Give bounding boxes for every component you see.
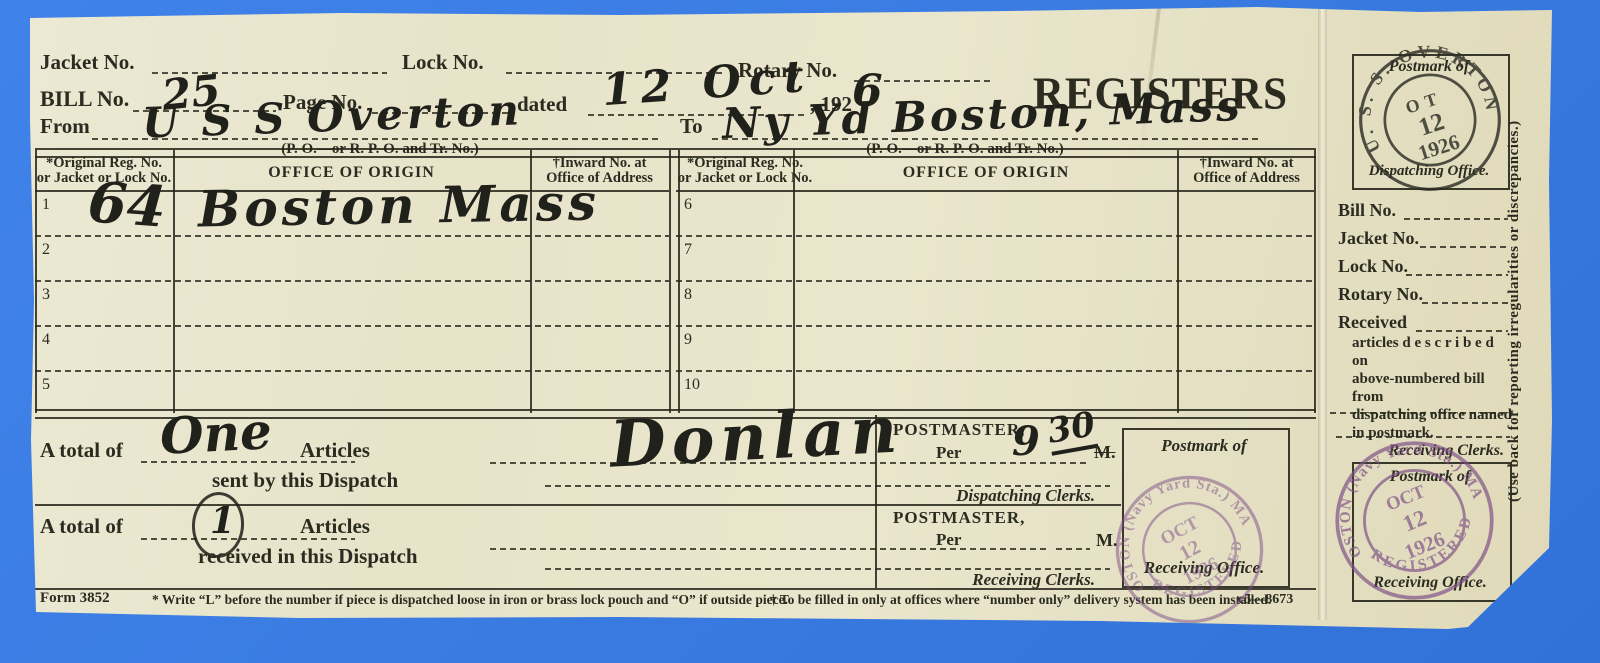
dated-label: dated	[517, 92, 567, 117]
stub-bill-no-label: Bill No.	[1338, 200, 1396, 221]
reg-header-line1: *Original Reg. No.	[687, 155, 803, 171]
stub-jacket-no-line	[1420, 246, 1508, 248]
row1-reg-value: 64	[86, 169, 168, 240]
right-col-inward-header: †Inward No. atOffice of Address	[1179, 156, 1314, 186]
table-row: 10	[684, 376, 700, 394]
per-dispatch-label: Per	[936, 443, 961, 463]
stub-bill-no-line	[1404, 218, 1508, 220]
total-sent-line2: sent by this Dispatch	[212, 468, 398, 493]
registers-form-document: Jacket No. Lock No. Rotary No. BILL No. …	[0, 0, 1600, 663]
table-row: 7	[684, 241, 692, 259]
reg-header-line2: or Jacket or Lock No.	[678, 170, 812, 186]
table-row: 5	[42, 376, 50, 394]
total-received-line2: received in this Dispatch	[198, 544, 418, 569]
stub-vertical-note: (Use back for reporting irregularities o…	[1506, 62, 1523, 502]
stub-lock-no-label: Lock No.	[1338, 256, 1408, 277]
bill-no-label: BILL No.	[40, 86, 129, 112]
table-row: 2	[42, 241, 50, 259]
dispatching-clerks-label: Dispatching Clerks.	[905, 486, 1095, 506]
stub-jacket-no-label: Jacket No.	[1338, 228, 1419, 249]
form-number: Form 3852	[40, 590, 110, 607]
stub-rotary-no-label: Rotary No.	[1338, 284, 1423, 305]
from-label: From	[40, 114, 90, 139]
row-separator	[676, 280, 1314, 282]
right-col-origin-header: OFFICE OF ORIGIN	[795, 164, 1177, 182]
row-separator	[676, 370, 1314, 372]
total-sent-label: A total of	[40, 438, 123, 463]
dispatch-signature: Donlan	[608, 392, 905, 482]
reg-header-line1: *Original Reg. No.	[46, 155, 162, 171]
row-separator	[676, 235, 1314, 237]
stub-received-line	[1416, 330, 1508, 332]
right-header-rule	[676, 190, 1314, 192]
table-row: 8	[684, 286, 692, 304]
stub-lock-no-line	[1406, 274, 1508, 276]
total-sent-articles: Articles	[300, 438, 370, 463]
jacket-no-label: Jacket No.	[40, 50, 134, 75]
per-receive-line-2	[1056, 548, 1090, 550]
photo-background: Jacket No. Lock No. Rotary No. BILL No. …	[0, 0, 1600, 663]
row-separator	[35, 325, 669, 327]
receiving-clerks-label-main: Receiving Clerks.	[905, 570, 1095, 590]
dispatch-time-min: 30	[1045, 404, 1099, 456]
svg-text:U. S. S. OVERTON: U. S. S. OVERTON	[1335, 22, 1505, 157]
received-note-line1: articles d e s c r i b e d on	[1352, 335, 1494, 369]
to-label: To	[680, 114, 703, 139]
stub-received-label: Received	[1338, 312, 1407, 333]
table-right-border	[1314, 150, 1316, 413]
dispatch-time-hour: 9	[1012, 418, 1040, 465]
uss-overton-stamp: U. S. S. OVERTON OT 12 1926	[1324, 14, 1536, 226]
postmaster-receive-label: POSTMASTER,	[893, 508, 1025, 528]
per-receive-label: Per	[936, 530, 961, 550]
row1-origin-value: Boston Mass	[198, 172, 601, 238]
footnote-asterisk: * Write “L” before the number if piece i…	[152, 592, 788, 608]
table-row: 9	[684, 331, 692, 349]
row-separator	[35, 370, 669, 372]
total-received-articles: Articles	[300, 514, 370, 539]
per-receive-line	[490, 548, 1046, 550]
table-row: 3	[42, 286, 50, 304]
table-row: 6	[684, 196, 692, 214]
lock-no-label: Lock No.	[402, 50, 484, 75]
stamp-arc-text: U. S. S. OVERTON	[1335, 22, 1505, 157]
stub-rotary-no-line	[1422, 302, 1508, 304]
stub-clerks-line-1	[1330, 412, 1512, 414]
row-separator	[676, 325, 1314, 327]
inward-header-line1: †Inward No. at	[1200, 155, 1294, 171]
table-row: 4	[42, 331, 50, 349]
total-sent-value: One	[159, 401, 274, 466]
dispatch-m-label: M.	[1094, 442, 1116, 463]
right-col-reg-header: *Original Reg. No.or Jacket or Lock No.	[677, 156, 813, 186]
inward-header-line1: †Inward No. at	[553, 155, 647, 171]
row-separator	[35, 280, 669, 282]
postmaster-dispatch-label: POSTMASTER,	[893, 420, 1025, 440]
inward-header-line2: Office of Address	[1193, 170, 1300, 186]
total-received-label: A total of	[40, 514, 123, 539]
table-row: 1	[42, 196, 50, 214]
total-received-value: 1	[210, 500, 235, 542]
